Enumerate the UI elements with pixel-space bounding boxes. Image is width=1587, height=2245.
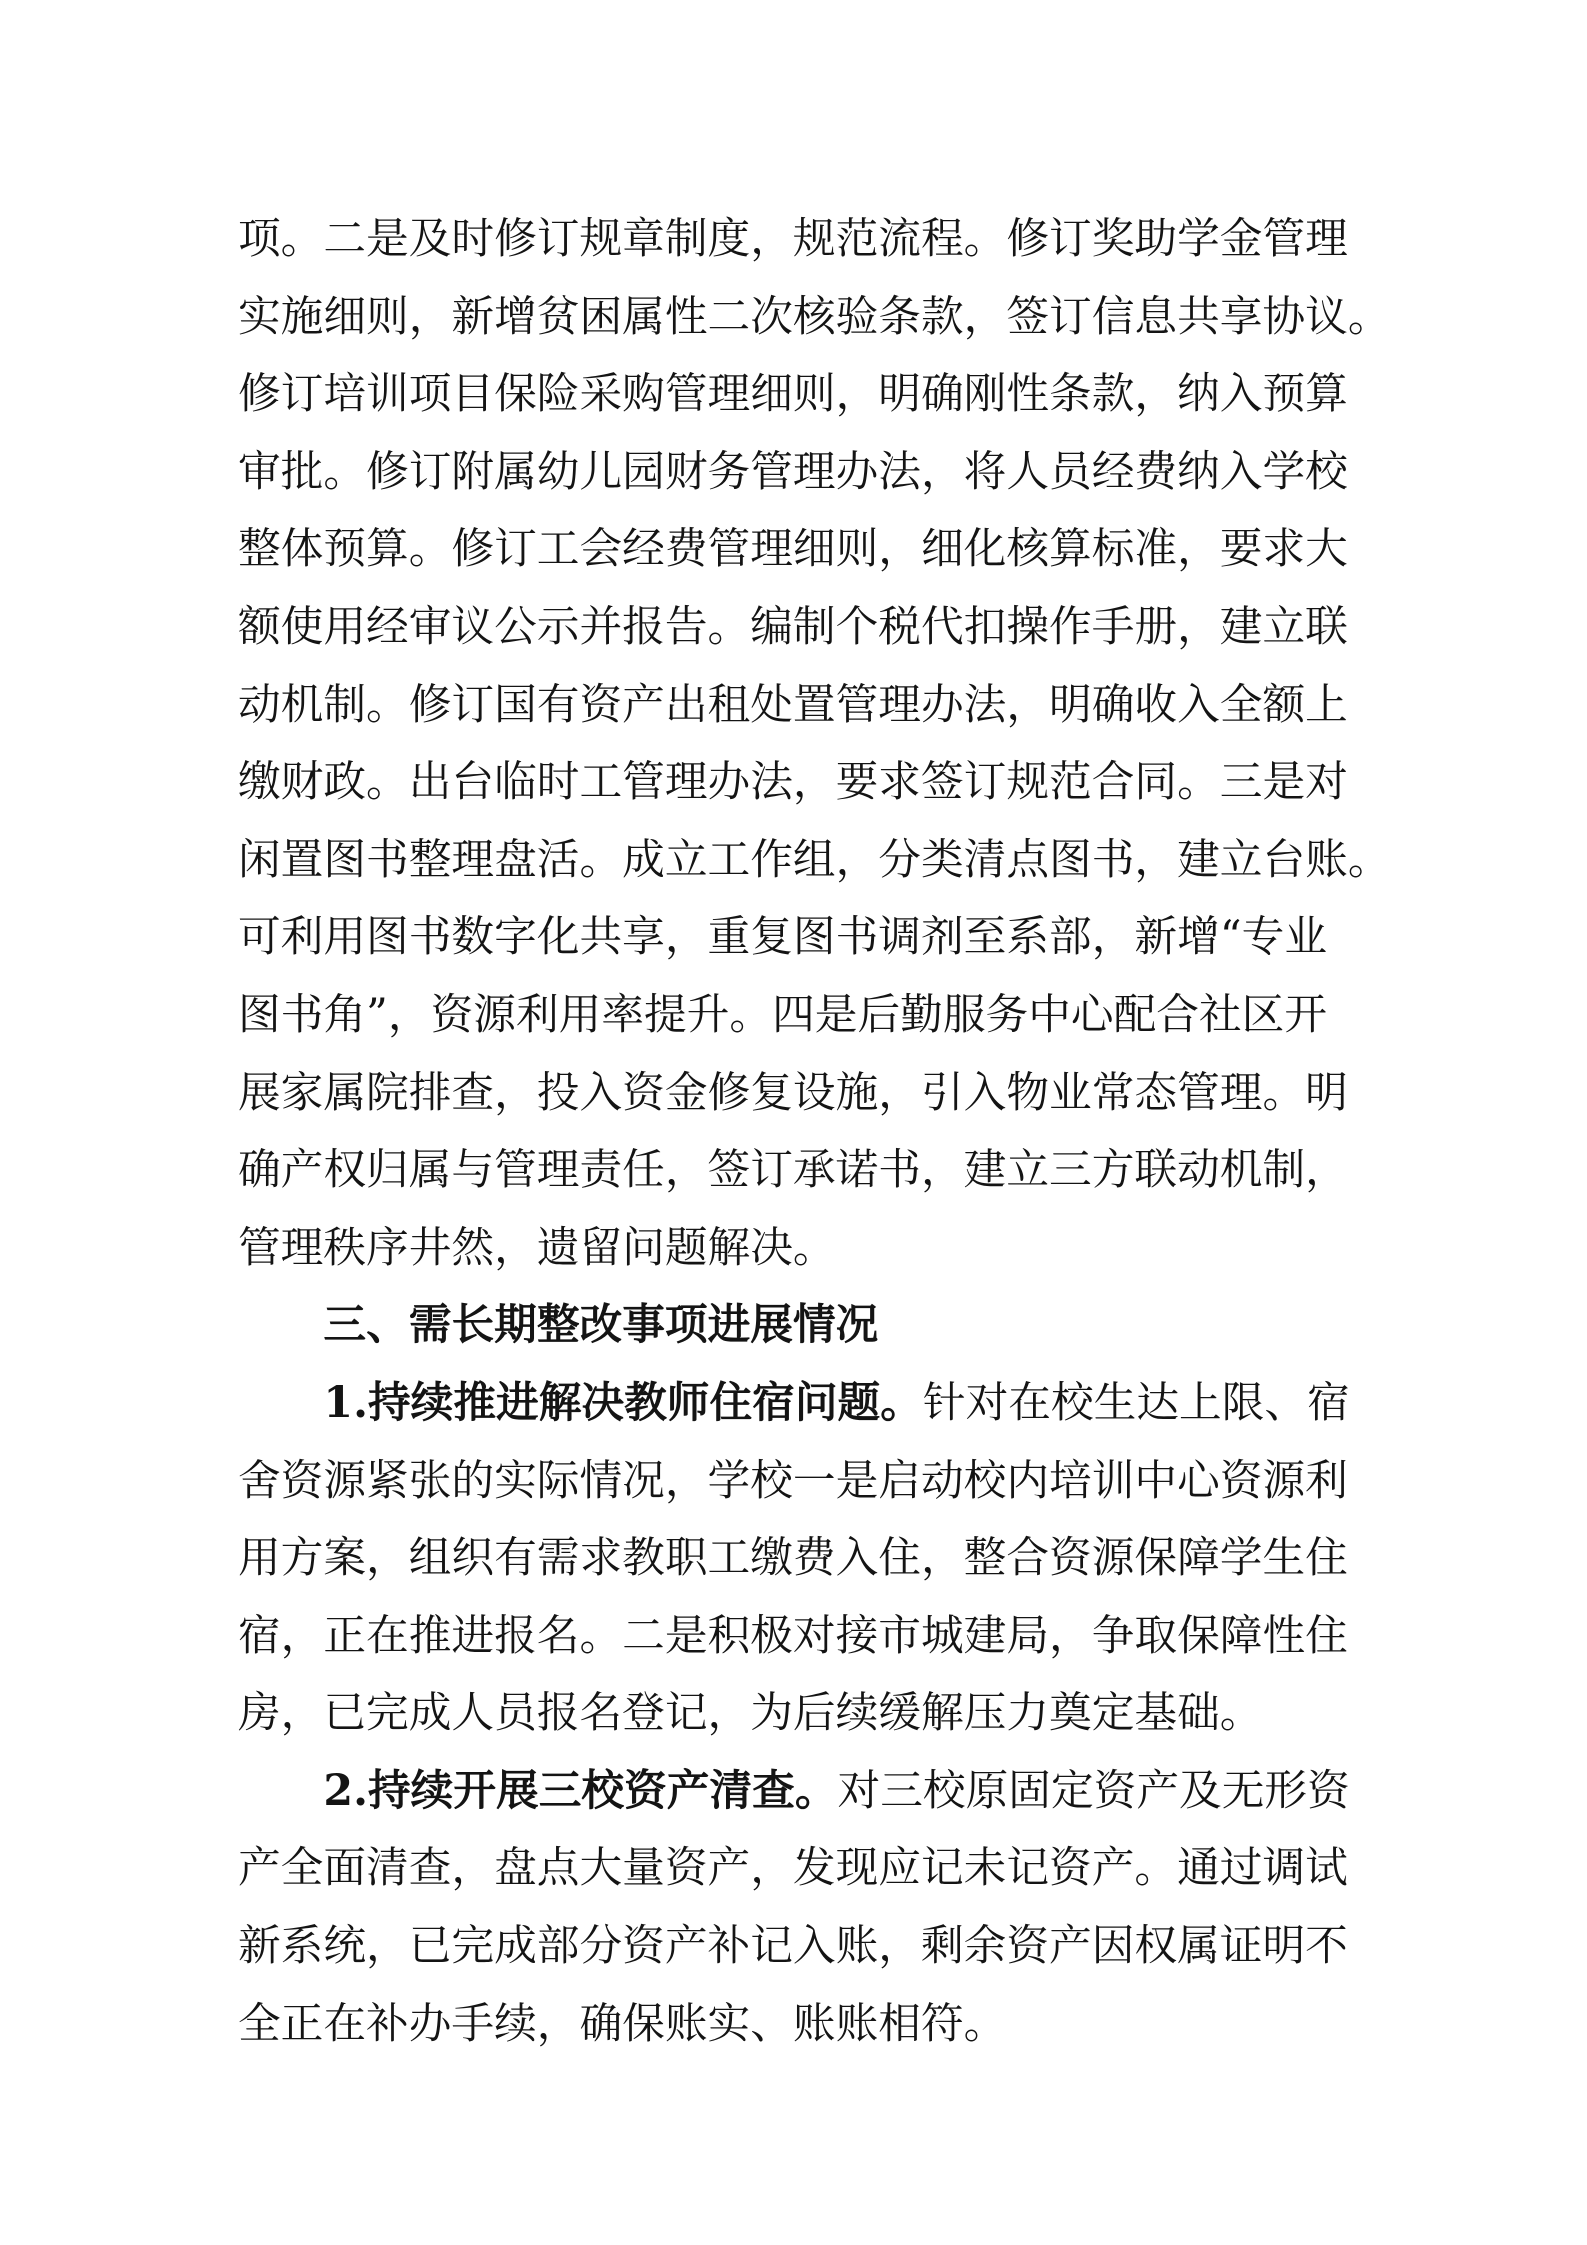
text-run: 项。二是及时修订规章制度，规范流程。修订奖助学金管理 xyxy=(238,214,1348,264)
text-run: 整体预算。修订工会经费管理细则，细化核算标准，要求大 xyxy=(238,524,1348,574)
text-line: 2.持续开展三校资产清查。对三校原固定资产及无形资 xyxy=(238,1753,1350,1831)
text-line: 用方案，组织有需求教职工缴费入住，整合资源保障学生住 xyxy=(238,1520,1350,1598)
bold-run: 2.持续开展三校资产清查。 xyxy=(323,1766,837,1816)
text-line: 动机制。修订国有资产出租处置管理办法，明确收入全额上 xyxy=(238,667,1350,745)
text-run: 可利用图书数字化共享，重复图书调剂至系部，新增“专业 xyxy=(238,912,1327,962)
text-run: 缴财政。出台临时工管理办法，要求签订规范合同。三是对 xyxy=(238,757,1348,807)
bold-run: 1.持续推进解决教师住宿问题。 xyxy=(323,1378,923,1428)
text-line: 确产权归属与管理责任，签订承诺书，建立三方联动机制， xyxy=(238,1132,1350,1210)
text-run: 新系统，已完成部分资产补记入账，剩余资产因权属证明不 xyxy=(238,1921,1348,1971)
text-run: 舍资源紧张的实际情况，学校一是启动校内培训中心资源利 xyxy=(238,1456,1348,1506)
text-run: 闲置图书整理盘活。成立工作组，分类清点图书，建立台账。 xyxy=(238,835,1391,885)
text-run: 实施细则，新增贫困属性二次核验条款，签订信息共享协议。 xyxy=(238,292,1391,342)
text-line: 房，已完成人员报名登记，为后续缓解压力奠定基础。 xyxy=(238,1675,1350,1753)
text-line: 闲置图书整理盘活。成立工作组，分类清点图书，建立台账。 xyxy=(238,822,1350,900)
text-line: 图书角”，资源利用率提升。四是后勤服务中心配合社区开 xyxy=(238,977,1350,1055)
text-line: 缴财政。出台临时工管理办法，要求签订规范合同。三是对 xyxy=(238,744,1350,822)
text-line: 展家属院排查，投入资金修复设施，引入物业常态管理。明 xyxy=(238,1055,1350,1133)
text-run: 宿，正在推进报名。二是积极对接市城建局，争取保障性住 xyxy=(238,1611,1348,1661)
text-line: 全正在补办手续，确保账实、账账相符。 xyxy=(238,1986,1350,2064)
text-run: 产全面清查，盘点大量资产，发现应记未记资产。通过调试 xyxy=(238,1843,1348,1893)
text-line: 项。二是及时修订规章制度，规范流程。修订奖助学金管理 xyxy=(238,201,1350,279)
text-run: 管理秩序井然，遗留问题解决。 xyxy=(238,1223,836,1273)
text-run: 修订培训项目保险采购管理细则，明确刚性条款，纳入预算 xyxy=(238,369,1348,419)
text-run: 用方案，组织有需求教职工缴费入住，整合资源保障学生住 xyxy=(238,1533,1348,1583)
text-line: 宿，正在推进报名。二是积极对接市城建局，争取保障性住 xyxy=(238,1598,1350,1676)
section-heading: 三、需长期整改事项进展情况 xyxy=(238,1287,1350,1365)
text-run: 针对在校生达上限、宿 xyxy=(923,1378,1350,1428)
document-page: 项。二是及时修订规章制度，规范流程。修订奖助学金管理实施细则，新增贫困属性二次核… xyxy=(0,0,1587,2245)
text-line: 可利用图书数字化共享，重复图书调剂至系部，新增“专业 xyxy=(238,899,1350,977)
text-line: 产全面清查，盘点大量资产，发现应记未记资产。通过调试 xyxy=(238,1830,1350,1908)
text-run: 展家属院排查，投入资金修复设施，引入物业常态管理。明 xyxy=(238,1068,1348,1118)
text-line: 舍资源紧张的实际情况，学校一是启动校内培训中心资源利 xyxy=(238,1443,1350,1521)
text-run: 对三校原固定资产及无形资 xyxy=(838,1766,1350,1816)
text-line: 审批。修订附属幼儿园财务管理办法，将人员经费纳入学校 xyxy=(238,434,1350,512)
text-run: 审批。修订附属幼儿园财务管理办法，将人员经费纳入学校 xyxy=(238,447,1348,497)
text-line: 管理秩序井然，遗留问题解决。 xyxy=(238,1210,1350,1288)
document-text-block: 项。二是及时修订规章制度，规范流程。修订奖助学金管理实施细则，新增贫困属性二次核… xyxy=(238,201,1350,2063)
text-line: 修订培训项目保险采购管理细则，明确刚性条款，纳入预算 xyxy=(238,356,1350,434)
text-line: 实施细则，新增贫困属性二次核验条款，签订信息共享协议。 xyxy=(238,279,1350,357)
text-run: 动机制。修订国有资产出租处置管理办法，明确收入全额上 xyxy=(238,680,1348,730)
text-run: 确产权归属与管理责任，签订承诺书，建立三方联动机制， xyxy=(238,1145,1348,1195)
text-run: 三、需长期整改事项进展情况 xyxy=(323,1300,878,1350)
text-run: 图书角”，资源利用率提升。四是后勤服务中心配合社区开 xyxy=(238,990,1327,1040)
text-run: 全正在补办手续，确保账实、账账相符。 xyxy=(238,1999,1006,2049)
text-run: 额使用经审议公示并报告。编制个税代扣操作手册，建立联 xyxy=(238,602,1348,652)
text-line: 额使用经审议公示并报告。编制个税代扣操作手册，建立联 xyxy=(238,589,1350,667)
text-run: 房，已完成人员报名登记，为后续缓解压力奠定基础。 xyxy=(238,1688,1263,1738)
text-line: 整体预算。修订工会经费管理细则，细化核算标准，要求大 xyxy=(238,511,1350,589)
text-line: 新系统，已完成部分资产补记入账，剩余资产因权属证明不 xyxy=(238,1908,1350,1986)
text-line: 1.持续推进解决教师住宿问题。针对在校生达上限、宿 xyxy=(238,1365,1350,1443)
